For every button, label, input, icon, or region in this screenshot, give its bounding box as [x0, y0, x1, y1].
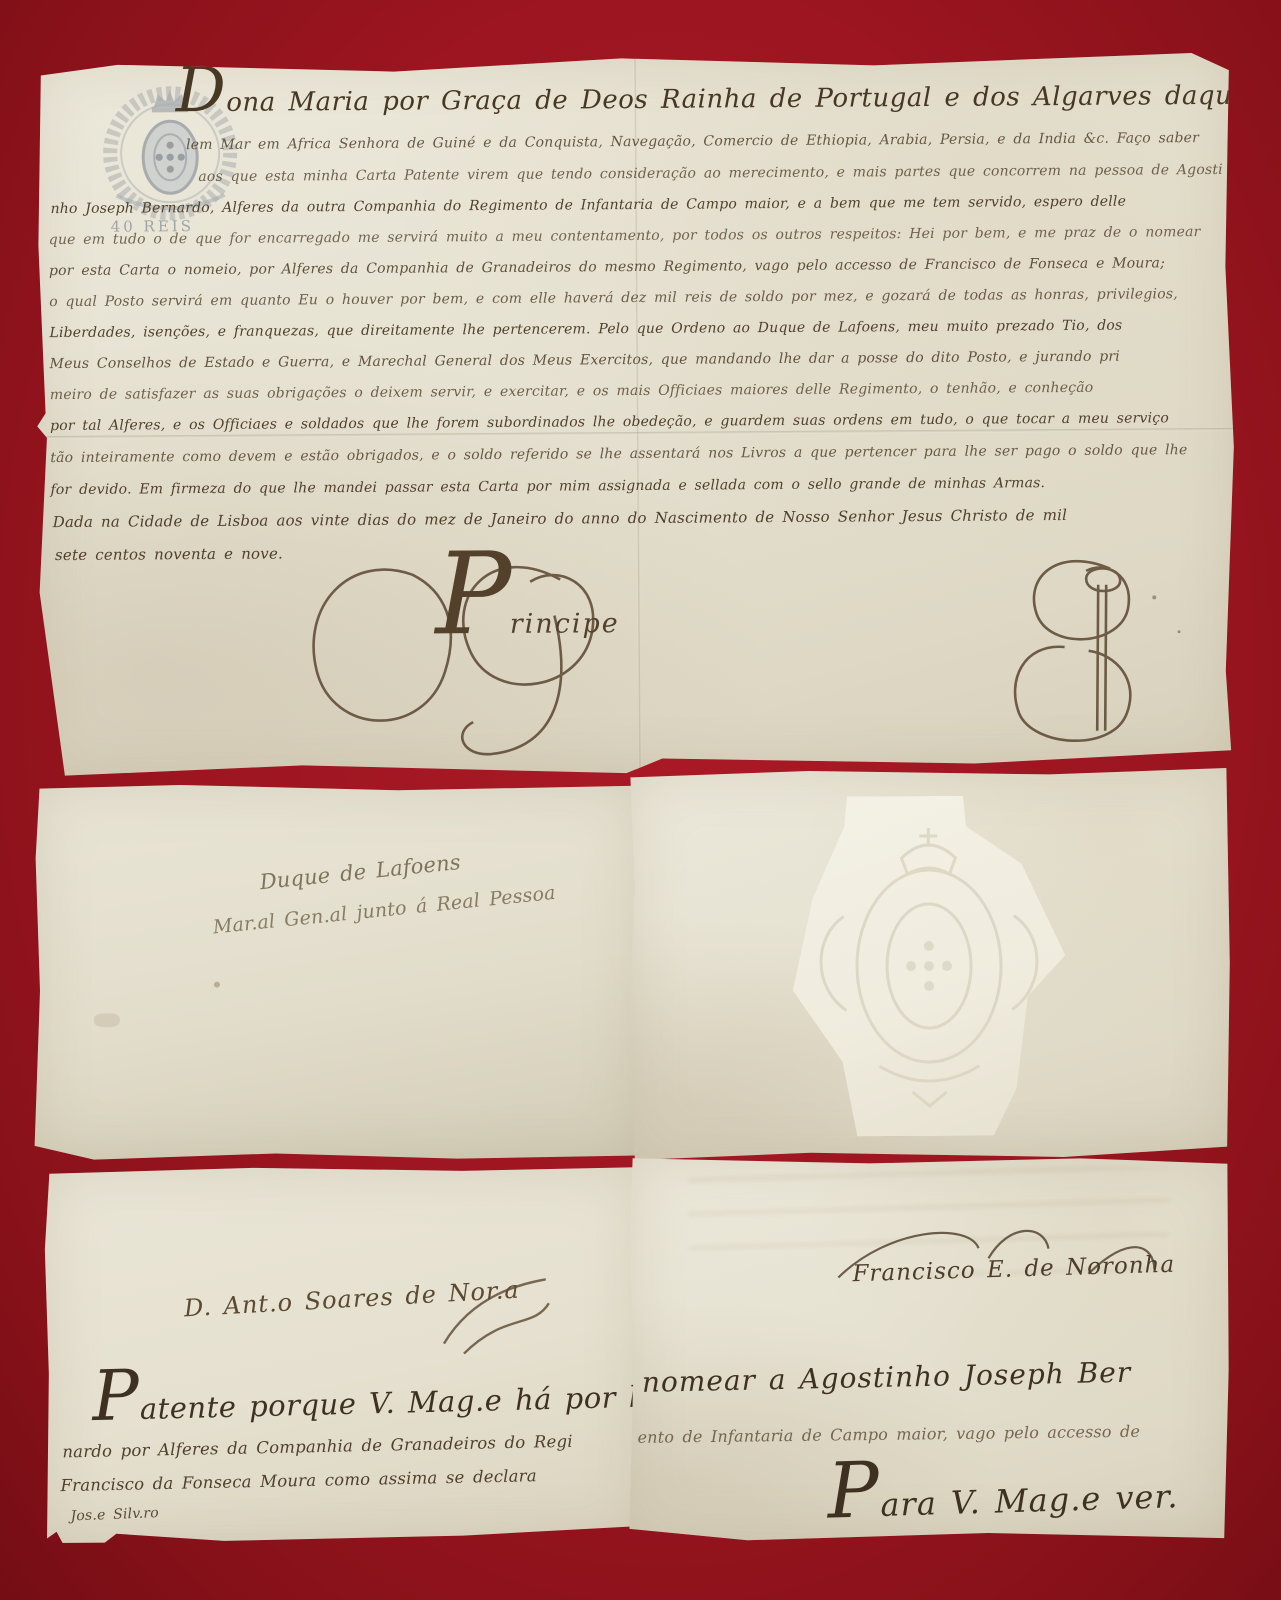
bottom-right-panel: Francisco E. de Noronha nomear a Agostin…: [627, 1154, 1231, 1543]
manuscript-line: o qual Posto servirá em quanto Eu o houv…: [49, 286, 1178, 310]
royal-arms-emboss-icon: [783, 795, 1075, 1137]
signature-rubric-icon: [434, 1273, 554, 1363]
manuscript-heading: Dona Maria por Graça de Deos Rainha de P…: [176, 57, 1281, 119]
middle-right-panel: [628, 766, 1232, 1161]
manuscript-line: tão inteiramente como devem e estão obri…: [50, 442, 1187, 466]
manuscript-line: sete centos noventa e nove.: [55, 545, 283, 564]
docket-closing: Para V. Mag.e ver.: [826, 1451, 1178, 1525]
stain: [94, 1013, 120, 1027]
docket-line: Francisco da Fonseca Moura como assima s…: [60, 1467, 537, 1496]
signature-rubric-icon: [828, 1217, 1158, 1289]
docket-line: ento de Infantaria de Campo maior, vago …: [637, 1423, 1140, 1448]
manuscript-line: for devido. Em firmeza do que lhe mandei…: [50, 475, 1045, 498]
middle-left-panel: Duque de Lafoens Mar.al Gen.al junto á R…: [33, 783, 640, 1163]
docket-title-left: Patente porque V. Mag.e há por bem: [92, 1354, 694, 1427]
ink-speck: [214, 982, 220, 988]
marshal-endorsement-line1: Duque de Lafoens: [259, 850, 462, 894]
manuscript-line: Dada na Cidade de Lisboa aos vinte dias …: [53, 507, 1067, 531]
document-photo: 40 REIS Dona Maria por Graça de Deos Rai…: [0, 0, 1281, 1600]
clerk-note: Jos.e Silv.ro: [70, 1505, 159, 1524]
bottom-left-panel: D. Ant.o Soares de Nor.a Patente porque …: [43, 1165, 642, 1543]
docket-line: nardo por Alferes da Companhia de Granad…: [62, 1433, 573, 1463]
manuscript-line: aos que esta minha Carta Patente virem q…: [198, 162, 1223, 185]
patent-top-sheet: 40 REIS Dona Maria por Graça de Deos Rai…: [33, 50, 1238, 780]
embossed-royal-seal: [783, 795, 1075, 1137]
manuscript-line: lem Mar em Africa Senhora de Guiné e da …: [186, 130, 1199, 153]
docket-title-right: nomear a Agostinho Joseph Ber: [642, 1357, 1132, 1399]
ink-speck: [1178, 630, 1181, 633]
royal-signature: Principe: [435, 562, 620, 640]
ink-speck: [1152, 595, 1156, 599]
royal-paraph-icon: [1002, 548, 1193, 764]
manuscript-line: meiro de satisfazer as suas obrigações o…: [50, 380, 1094, 403]
manuscript-line: por esta Carta o nomeio, por Alferes da …: [49, 255, 1165, 279]
manuscript-line: Meus Conselhos de Estado e Guerra, e Mar…: [50, 349, 1120, 373]
manuscript-line: Liberdades, isenções, e franquezas, que …: [49, 318, 1122, 342]
